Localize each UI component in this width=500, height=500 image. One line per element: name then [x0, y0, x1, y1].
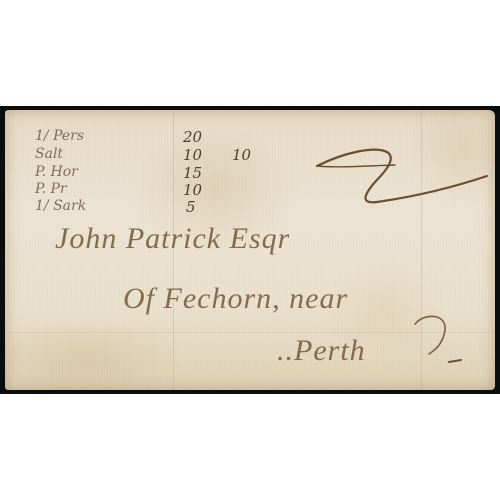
docket-amount: 20	[183, 128, 202, 146]
docket-label: Salt	[35, 146, 63, 162]
docket-label: 1/ Pers	[35, 128, 84, 144]
docket-amount: 15	[183, 164, 202, 182]
docket-amount: 10	[183, 146, 202, 164]
docket-label: P. Pr	[35, 181, 67, 197]
document-frame: 1/ Pers Salt P. Hor P. Pr 1/ Sark 20 10 …	[0, 106, 500, 394]
docket-label: P. Hor	[35, 164, 78, 180]
docket-amount: 10	[183, 181, 202, 199]
postage-rate-mark-icon	[305, 138, 495, 208]
letter-paper: 1/ Pers Salt P. Hor P. Pr 1/ Sark 20 10 …	[5, 110, 495, 390]
address-line-3: ..Perth	[277, 334, 366, 368]
address-line-2: Of Fechorn, near	[123, 282, 348, 316]
docket-amount-extra: 10	[232, 146, 251, 164]
flourish-icon	[405, 310, 465, 370]
docket-label: 1/ Sark	[35, 198, 86, 214]
docket-amount: 5	[186, 198, 196, 216]
address-line-1: John Patrick Esqr	[55, 222, 290, 256]
